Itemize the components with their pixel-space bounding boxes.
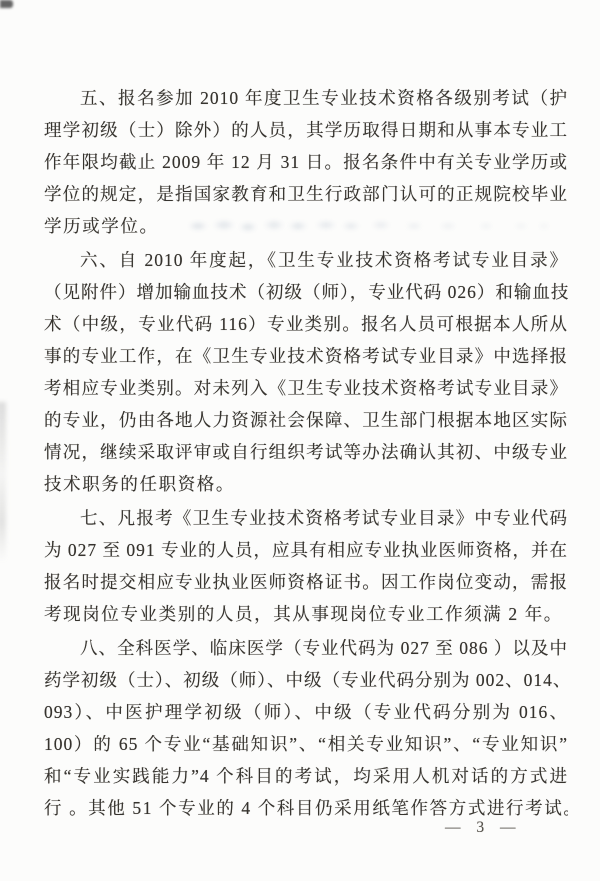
text-line: 093）、中医护理学初级（师）、中级（专业代码分别为 016、 bbox=[44, 696, 568, 728]
text-line: 学位的规定，是指国家教育和卫生行政部门认可的正规院校毕业 bbox=[44, 178, 568, 210]
text-line: 100）的 65 个专业“基础知识”、“相关专业知识”、“专业知识” bbox=[44, 728, 568, 760]
paragraph: 六、自 2010 年度起，《卫生专业技术资格考试专业目录》（见附件）增加输血技术… bbox=[44, 244, 568, 500]
text-line: 学历或学位。 bbox=[44, 210, 568, 242]
text-line: 八、全科医学、临床医学（专业代码为 027 至 086 ）以及中 bbox=[44, 632, 568, 664]
text-line: 的专业，仍由各地人力资源社会保障、卫生部门根据本地区实际 bbox=[44, 404, 568, 436]
text-line: 技术职务的任职资格。 bbox=[44, 468, 568, 500]
text-line: 七、凡报考《卫生专业技术资格考试专业目录》中专业代码 bbox=[44, 502, 568, 534]
text-line: 药学初级（士）、初级（师）、中级（专业代码分别为 002、014、 bbox=[44, 664, 568, 696]
text-line: 事的专业工作，在《卫生专业技术资格考试专业目录》中选择报 bbox=[44, 340, 568, 372]
scan-artifact-edge-smudge bbox=[0, 402, 6, 562]
text-line: 术（中级，专业代码 116）专业类别。报名人员可根据本人所从 bbox=[44, 308, 568, 340]
text-line: 六、自 2010 年度起，《卫生专业技术资格考试专业目录》 bbox=[44, 244, 568, 276]
text-line: 报名时提交相应专业执业医师资格证书。因工作岗位变动，需报 bbox=[44, 566, 568, 598]
document-body: 五、报名参加 2010 年度卫生专业技术资格各级别考试（护理学初级（士）除外）的… bbox=[44, 82, 568, 826]
text-line: 考相应专业类别。对未列入《卫生专业技术资格考试专业目录》 bbox=[44, 372, 568, 404]
text-line: 考现岗位专业类别的人员，其从事现岗位专业工作须满 2 年。 bbox=[44, 598, 568, 630]
scanned-document-page: 五、报名参加 2010 年度卫生专业技术资格各级别考试（护理学初级（士）除外）的… bbox=[0, 0, 600, 881]
paragraph: 七、凡报考《卫生专业技术资格考试专业目录》中专业代码为 027 至 091 专业… bbox=[44, 502, 568, 630]
text-line: 为 027 至 091 专业的人员，应具有相应专业执业医师资格，并在 bbox=[44, 534, 568, 566]
text-line: 和“专业实践能力”4 个科目的考试，均采用人机对话的方式进 bbox=[44, 760, 568, 792]
page-number: — 3 — bbox=[445, 819, 517, 837]
text-line: 作年限均截止 2009 年 12 月 31 日。报名条件中有关专业学历或 bbox=[44, 146, 568, 178]
text-line: 五、报名参加 2010 年度卫生专业技术资格各级别考试（护 bbox=[44, 82, 568, 114]
scan-artifact-corner-mark bbox=[0, 0, 13, 8]
text-line: （见附件）增加输血技术（初级（师），专业代码 026）和输血技 bbox=[44, 276, 568, 308]
paragraph: 五、报名参加 2010 年度卫生专业技术资格各级别考试（护理学初级（士）除外）的… bbox=[44, 82, 568, 242]
text-line: 理学初级（士）除外）的人员，其学历取得日期和从事本专业工 bbox=[44, 114, 568, 146]
paragraph: 八、全科医学、临床医学（专业代码为 027 至 086 ）以及中药学初级（士）、… bbox=[44, 632, 568, 824]
text-line: 情况，继续采取评审或自行组织考试等办法确认其初、中级专业 bbox=[44, 436, 568, 468]
